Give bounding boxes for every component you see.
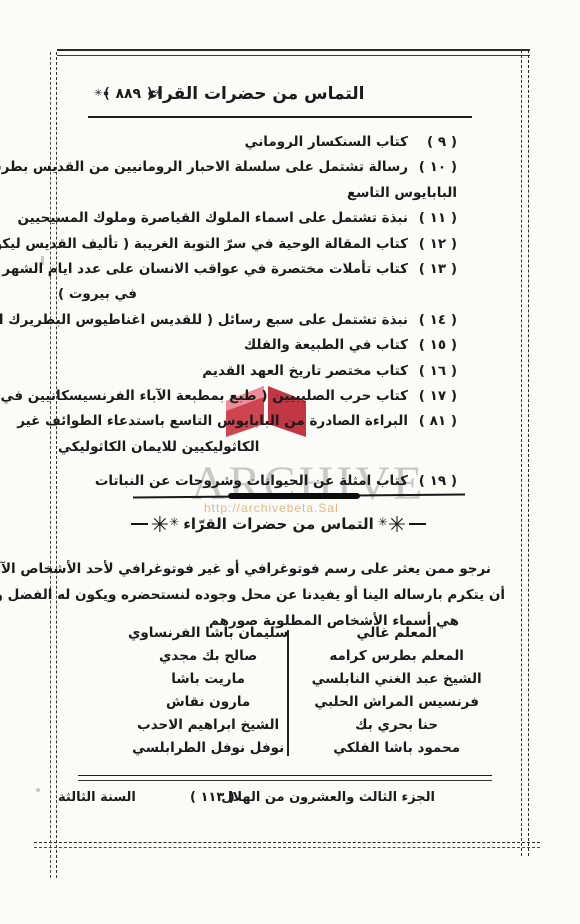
list-item: ( ١٧ )كتاب حرب الصليبيين ( طبع بمطبعة ال… [58, 384, 457, 409]
list-item-text: نبذة تشتمل على سبع رسائل ( للقديس اغناطي… [0, 312, 408, 328]
list-item-number: ( ١٦ ) [415, 359, 457, 384]
dash-ornament [131, 523, 148, 525]
names-column-divider [287, 630, 289, 756]
list-item: ( ١٥ )كتاب في الطبيعة والفلك [58, 333, 457, 358]
list-item-number: ( ١٣ ) [415, 257, 457, 282]
flower-ornament-icon: ✳ [378, 515, 388, 529]
list-item: ( ١٦ )كتاب مختصر تاريخ العهد القديم [58, 359, 457, 384]
footer-volume: الجزء الثالث والعشرون من الهلال [221, 790, 435, 805]
list-item-text: البراءة الصادرة من البابايوس التاسع باست… [107, 413, 408, 429]
book-list: ( ٩ )كتاب السنكسار الروماني( ١٠ )رسالة ت… [58, 130, 505, 494]
requested-names-table: المعلم غاليسليمان باشا الفرنساويالمعلم ب… [60, 622, 505, 760]
page-number: ✳﴿ ٨٨٩ ﴾✳ [94, 86, 163, 102]
name-entry: صالح بك مجدي [60, 645, 288, 668]
name-entry: المعلم غالي [288, 622, 505, 645]
flower-ornament-icon: ✳ [388, 513, 406, 538]
list-item: ( ١٤ )نبذة تشتمل على سبع رسائل ( للقديس … [58, 308, 457, 333]
list-item-number: ( ٩ ) [415, 130, 457, 155]
list-item-continuation: الكاثوليكيين للايمان الكاثوليكي [58, 435, 505, 460]
name-entry: فرنسيس المراش الحلبي [288, 691, 505, 714]
running-head-title: التماس من حضرات القراء [20, 84, 493, 104]
paragraph-line: أن يتكرم بارساله الينا أو يفيدنا عن محل … [58, 582, 505, 608]
list-item: ( ٨١ )البراءة الصادرة من البابايوس التاس… [58, 409, 457, 434]
name-entry: المعلم بطرس كرامه [288, 645, 505, 668]
name-entry: ماريت باشا [60, 668, 288, 691]
list-item-number: ( ١١ ) [415, 206, 457, 231]
list-item-continuation: في بيروت ) [58, 282, 505, 307]
name-entry: محمود باشا الفلكي [288, 737, 505, 760]
list-item-number: ( ١٧ ) [415, 384, 457, 409]
list-item: ( ١٩ )كتاب امثلة عن الحيوانات وشروحات عن… [58, 469, 457, 494]
dash-ornament [409, 523, 426, 525]
list-item-continuation: البابايوس التاسع [58, 181, 457, 206]
list-item-text-bold: الطوائف غير [17, 413, 107, 429]
page-frame-right-border [521, 50, 529, 856]
list-item-text: كتاب امثلة عن الحيوانات وشروحات عن النبا… [95, 473, 408, 489]
scanned-page: التماس من حضرات القراء ✳﴿ ٨٨٩ ﴾✳ ( ٩ )كت… [0, 0, 580, 924]
list-item-number: ( ١٢ ) [415, 232, 457, 257]
list-item-number: ( ١٠ ) [415, 155, 457, 180]
name-entry: الشيخ عبد الغني النابلسي [288, 668, 505, 691]
list-item-number: ( ١٩ ) [415, 469, 457, 494]
flower-ornament-icon: ✳ [154, 88, 162, 99]
list-item-text: كتاب في الطبيعة والفلك [244, 337, 408, 353]
name-entry: سليمان باشا الفرنساوي [60, 622, 288, 645]
paragraph-line: نرجو ممن يعثر على رسم فوتوغرافي أو غير ف… [58, 556, 505, 582]
section-separator [133, 494, 465, 498]
list-item-text: كتاب المقالة الوحية في سرّ التوبة الغريب… [0, 236, 408, 252]
list-item: ( ٩ )كتاب السنكسار الروماني [58, 130, 457, 155]
name-entry: مارون نقاش [60, 691, 288, 714]
page-frame-bottom-border [34, 842, 540, 848]
list-item-text: رسالة تشتمل على سلسلة الاحبار الرومانيين… [0, 159, 408, 175]
list-item-text: نبذة تشتمل على اسماء الملوك القياصرة ومل… [18, 210, 408, 226]
scan-speck [36, 788, 40, 792]
page-number-value: ﴿ ٨٨٩ ﴾ [102, 86, 154, 102]
page-frame-top-border [57, 49, 530, 56]
section-heading: ✳✳التماس من حضرات القرّاء✳✳ [42, 513, 515, 538]
section-heading-text: التماس من حضرات القرّاء [183, 515, 374, 533]
list-item: ( ١٢ )كتاب المقالة الوحية في سرّ التوبة … [58, 232, 457, 257]
list-item: ( ١٣ )كتاب تأملات مختصرة في عواقب الانسا… [58, 257, 457, 282]
footer-rule [78, 775, 492, 781]
list-item-text: كتاب مختصر تاريخ العهد القديم [202, 363, 408, 379]
name-entry: حنا بحري بك [288, 714, 505, 737]
list-item-text: كتاب تأملات مختصرة في عواقب الانسان على … [0, 261, 408, 277]
footer-year: السنة الثالثة [58, 790, 136, 805]
list-item-number: ( ١٥ ) [415, 333, 457, 358]
name-entry: نوفل نوفل الطرابلسي [60, 737, 288, 760]
list-item-number: ( ٨١ ) [415, 409, 457, 434]
flower-ornament-icon: ✳ [169, 515, 179, 529]
list-item: ( ١٠ )رسالة تشتمل على سلسلة الاحبار الرو… [58, 155, 457, 180]
header-rule [88, 116, 472, 118]
footer-page-number: ( ١١٣ ) [190, 790, 235, 805]
flower-ornament-icon: ✳ [151, 513, 169, 538]
list-item: ( ١١ )نبذة تشتمل على اسماء الملوك القياص… [58, 206, 457, 231]
list-item-text: كتاب السنكسار الروماني [245, 134, 408, 150]
list-item-number: ( ١٤ ) [415, 308, 457, 333]
list-item-text: كتاب حرب الصليبيين ( طبع بمطبعة الآباء ا… [0, 388, 408, 404]
name-entry: الشيخ ابراهيم الاحدب [60, 714, 288, 737]
